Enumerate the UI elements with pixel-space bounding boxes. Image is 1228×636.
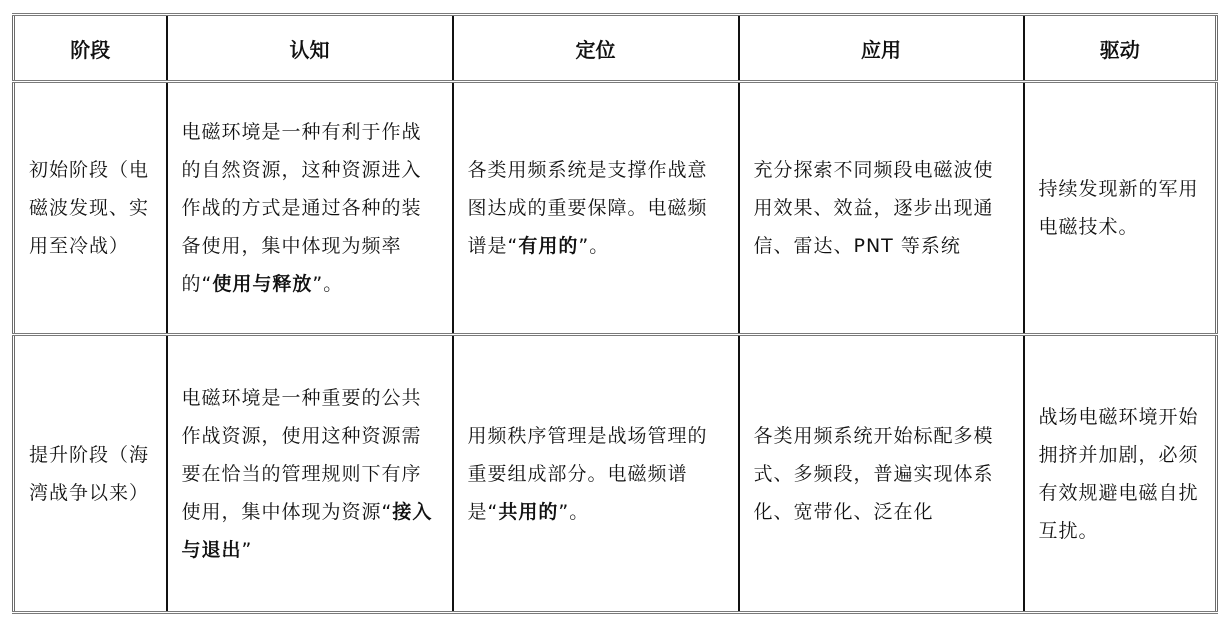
- stage-cell: 初始阶段（电磁波发现、实用至冷战）: [14, 82, 167, 335]
- cognition-cell: 电磁环境是一种有利于作战的自然资源，这种资源进入作战的方式是通过各种的装备使用，…: [167, 82, 453, 335]
- positioning-cell: 各类用频系统是支撑作战意图达成的重要保障。电磁频谱是“有用的”。: [453, 82, 739, 335]
- cognition-suffix: ”。: [312, 273, 343, 295]
- positioning-suffix: ”。: [558, 501, 589, 523]
- positioning-emphasis: 共用的: [498, 501, 558, 523]
- header-stage: 阶段: [14, 15, 167, 82]
- driver-cell: 持续发现新的军用电磁技术。: [1024, 82, 1217, 335]
- application-cell: 各类用频系统开始标配多模式、多频段，普遍实现体系化、宽带化、泛在化: [739, 335, 1024, 613]
- electromagnetic-stages-table: 阶段 认知 定位 应用 驱动 初始阶段（电磁波发现、实用至冷战） 电磁环境是一种…: [12, 13, 1218, 614]
- table-row: 初始阶段（电磁波发现、实用至冷战） 电磁环境是一种有利于作战的自然资源，这种资源…: [14, 82, 1217, 335]
- cognition-suffix: ”: [242, 539, 253, 561]
- header-application: 应用: [739, 15, 1024, 82]
- table-header-row: 阶段 认知 定位 应用 驱动: [14, 15, 1217, 82]
- cognition-cell: 电磁环境是一种重要的公共作战资源，使用这种资源需要在恰当的管理规则下有序使用，集…: [167, 335, 453, 613]
- table-row: 提升阶段（海湾战争以来） 电磁环境是一种重要的公共作战资源，使用这种资源需要在恰…: [14, 335, 1217, 613]
- header-cognition: 认知: [167, 15, 453, 82]
- header-positioning: 定位: [453, 15, 739, 82]
- header-driver: 驱动: [1024, 15, 1217, 82]
- positioning-emphasis: 有用的: [518, 235, 578, 257]
- cognition-text: 电磁环境是一种有利于作战的自然资源，这种资源进入作战的方式是通过各种的装备使用，…: [182, 121, 422, 295]
- document-page: 阶段 认知 定位 应用 驱动 初始阶段（电磁波发现、实用至冷战） 电磁环境是一种…: [0, 0, 1228, 636]
- cognition-emphasis: 使用与释放: [212, 273, 312, 295]
- positioning-suffix: ”。: [578, 235, 609, 257]
- application-cell: 充分探索不同频段电磁波使用效果、效益，逐步出现通信、雷达、PNT 等系统: [739, 82, 1024, 335]
- positioning-cell: 用频秩序管理是战场管理的重要组成部分。电磁频谱是“共用的”。: [453, 335, 739, 613]
- stage-cell: 提升阶段（海湾战争以来）: [14, 335, 167, 613]
- cognition-text: 电磁环境是一种重要的公共作战资源，使用这种资源需要在恰当的管理规则下有序使用，集…: [182, 387, 422, 523]
- driver-cell: 战场电磁环境开始拥挤并加剧，必须有效规避电磁自扰互扰。: [1024, 335, 1217, 613]
